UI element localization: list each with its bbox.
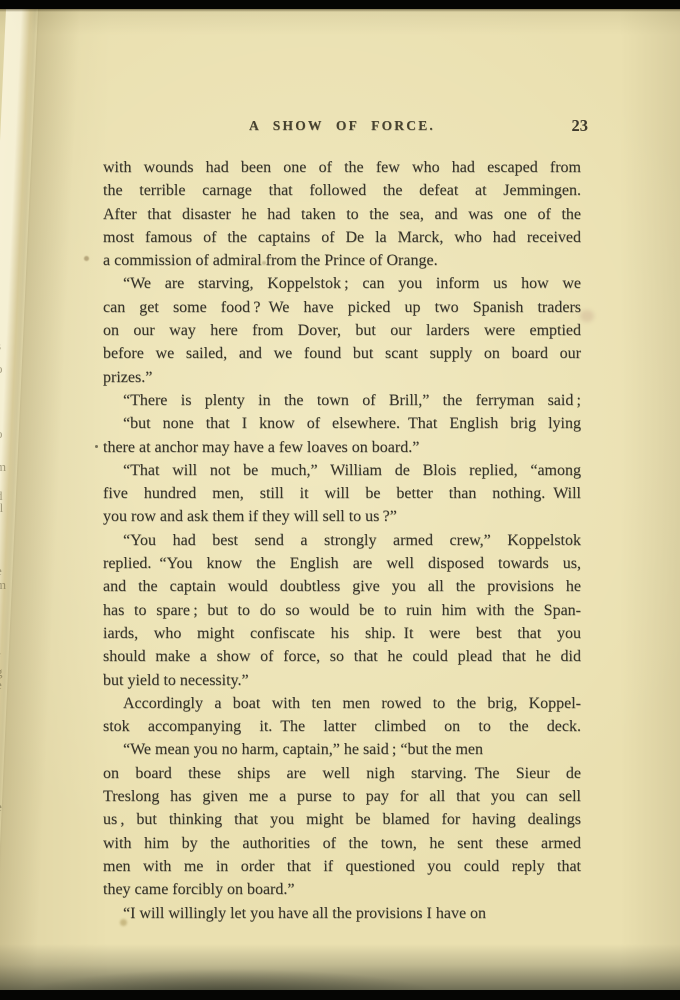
- page-stain: [580, 310, 594, 322]
- edge-text-fragment: s: [0, 338, 1, 354]
- text-line: and the captain would doubtless give you…: [103, 575, 581, 598]
- text-line: a commission of admiral from the Prince …: [103, 249, 581, 272]
- edge-text-fragment: m: [0, 459, 6, 475]
- text-line: men with me in order that if questioned …: [103, 855, 581, 878]
- text-line: us , but thinking that you might be blam…: [103, 808, 581, 831]
- edge-text-fragment: e: [0, 677, 2, 693]
- text-line: Treslong has given me a purse to pay for…: [103, 785, 581, 808]
- running-header: A SHOW OF FORCE. 23: [103, 118, 581, 142]
- book-photo: ..sotomtdllem,lfgele A SHOW OF FORCE. 23…: [0, 0, 680, 1000]
- chapter-title: A SHOW OF FORCE.: [103, 118, 581, 134]
- text-line: iards, who might confiscate his ship. It…: [103, 622, 581, 645]
- text-line: with him by the authorities of the town,…: [103, 832, 581, 855]
- text-line: you row and ask them if they will sell t…: [103, 505, 581, 528]
- text-line: five hundred men, still it will be bette…: [103, 482, 581, 505]
- page-stain: [262, 261, 266, 265]
- edge-text-fragment: ll: [0, 500, 3, 516]
- text-line: Accordingly a boat with ten men rowed to…: [103, 692, 581, 715]
- text-line: “That will not be much,” William de Bloi…: [103, 459, 581, 482]
- text-block: with wounds had been one of the few who …: [103, 156, 581, 925]
- page-edge-fragments: ..sotomtdllem,lfgele: [0, 9, 12, 990]
- text-line: stok accompanying it. The latter climbed…: [103, 715, 581, 738]
- edge-text-fragment: o: [0, 361, 3, 377]
- text-line: can get some food ? We have picked up tw…: [103, 296, 581, 319]
- text-line: “but none that I know of elsewhere. That…: [103, 412, 581, 435]
- text-line: “You had best send a strongly armed crew…: [103, 529, 581, 552]
- text-line: there at anchor may have a few loaves on…: [103, 436, 581, 459]
- text-line: “We are starving, Koppelstok ; can you i…: [103, 272, 581, 295]
- photo-bottom-edge: [0, 991, 680, 1000]
- page-bottom-shadow: [0, 944, 680, 990]
- photo-top-edge: [0, 0, 680, 9]
- text-line: they came forcibly on board.”: [103, 878, 581, 901]
- text-line: After that disaster he had taken to the …: [103, 203, 581, 226]
- text-line: should make a show of force, so that he …: [103, 645, 581, 668]
- page-number: 23: [572, 116, 589, 136]
- text-line: most famous of the captains of De la Mar…: [103, 226, 581, 249]
- text-line: has to spare ; but to do so would be to …: [103, 599, 581, 622]
- book-page: ..sotomtdllem,lfgele A SHOW OF FORCE. 23…: [0, 9, 680, 990]
- edge-text-fragment: m: [0, 577, 6, 593]
- text-line: on our way here from Dover, but our lard…: [103, 319, 581, 342]
- text-line: before we sailed, and we found but scant…: [103, 342, 581, 365]
- text-line: replied. “You know the English are well …: [103, 552, 581, 575]
- print-speck: [95, 445, 98, 448]
- page-stain: [84, 256, 89, 261]
- text-line: on board these ships are well nigh starv…: [103, 762, 581, 785]
- text-line: “We mean you no harm, captain,” he said …: [103, 738, 581, 761]
- text-line: “There is plenty in the town of Brill,” …: [103, 389, 581, 412]
- text-line: with wounds had been one of the few who …: [103, 156, 581, 179]
- text-line: “I will willingly let you have all the p…: [103, 902, 581, 925]
- text-line: the terrible carnage that followed the d…: [103, 179, 581, 202]
- page-stain: [120, 919, 127, 926]
- text-line: prizes.”: [103, 366, 581, 389]
- text-line: but yield to necessity.”: [103, 669, 581, 692]
- edge-text-fragment: e: [0, 799, 2, 815]
- edge-text-fragment: o: [0, 426, 3, 442]
